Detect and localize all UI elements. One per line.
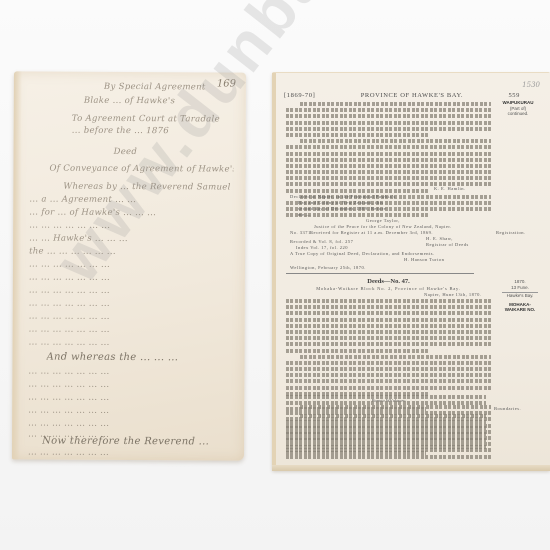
deeds-paragraph-1 xyxy=(286,299,491,398)
true-copy-signer: H. Hanson Turton xyxy=(404,257,444,262)
deeds-paragraph-3 xyxy=(286,395,486,457)
true-copy-line: A True Copy of Original Deed, Declaratio… xyxy=(290,251,435,256)
handwritten-line: ... before the ... 1876 xyxy=(72,126,234,137)
deeds-title: Deeds—No. 47. xyxy=(286,278,491,285)
handwritten-line: ... ... ... ... ... ... ... xyxy=(28,379,232,390)
margin-note-boundaries: Boundaries. xyxy=(494,406,521,411)
handwritten-line: ... ... ... ... ... ... ... xyxy=(28,366,232,377)
handwritten-line: Now therefore the Reverend ... xyxy=(42,436,232,447)
handwritten-line: To Agreement Court at Taradale xyxy=(72,114,234,125)
handwritten-line: ... ... ... ... ... ... ... xyxy=(29,272,233,283)
handwritten-line: ... ... ... ... ... ... ... xyxy=(28,405,232,416)
handwritten-line: Deed xyxy=(114,147,234,158)
section-divider xyxy=(286,273,474,274)
deeds-subtitle: Mohaka-Waikare Block No. 2, Province of … xyxy=(286,286,491,291)
handwritten-line: ... ... ... ... ... ... ... xyxy=(29,324,233,335)
handwritten-line: ... ... ... ... ... ... ... xyxy=(29,285,233,296)
handwritten-line: Whereas by ... the Reverend Samuel xyxy=(63,182,233,193)
handwritten-line: ... ... ... ... ... ... ... xyxy=(29,298,233,309)
handwritten-line: Of Conveyance of Agreement of Hawke's xyxy=(49,164,233,175)
handwritten-line: ... ... ... ... ... ... ... xyxy=(29,337,233,348)
handwritten-line: ... ... ... ... ... ... ... xyxy=(28,392,232,403)
date-line: Wellington, February 25th, 1870. xyxy=(290,265,366,270)
handwritten-line: ... for ... of Hawke's ... ... ... xyxy=(29,207,233,218)
handwritten-line: ... ... ... ... ... ... ... xyxy=(28,418,232,429)
handwritten-line: ... ... Hawke's ... ... ... xyxy=(29,233,233,244)
handwritten-line: ... a ... Agreement ... ... xyxy=(29,194,233,205)
document-photo: 169 By Special Agreement Blake ... of Ha… xyxy=(0,0,550,550)
deeds-place-date: Napier, Hune 13th, 1870. xyxy=(424,292,482,297)
margin-note-mohaka: 1870. 13 Fune. Hawke's Bay. MOHAKA- WAIK… xyxy=(496,279,544,313)
handwritten-line: And whereas the ... ... ... xyxy=(46,352,232,363)
handwritten-line: the ... ... ... ... ... ... xyxy=(29,246,233,257)
handwritten-line: ... ... ... ... ... ... ... xyxy=(29,259,233,270)
handwritten-line: By Special Agreement xyxy=(104,82,234,93)
handwritten-line: ... ... ... ... ... ... ... xyxy=(29,220,233,231)
handwritten-line: ... ... ... ... ... ... ... xyxy=(29,311,233,322)
handwritten-manuscript: 169 By Special Agreement Blake ... of Ha… xyxy=(12,71,246,460)
handwritten-line: Blake ... of Hawke's xyxy=(84,96,234,107)
handwritten-line: ... ... ... ... ... ... ... xyxy=(28,447,232,458)
